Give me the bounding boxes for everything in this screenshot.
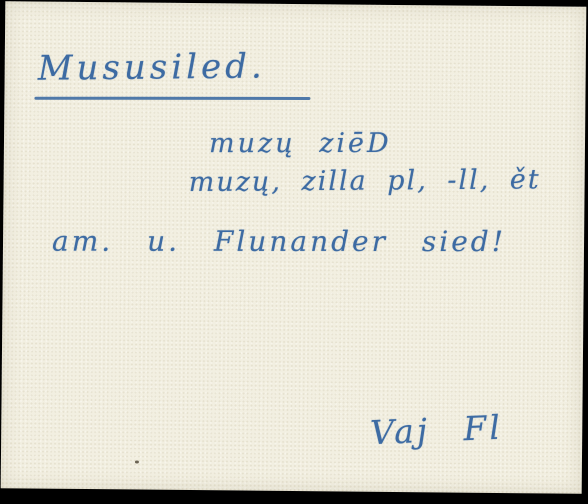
headword-text: Mususiled. <box>38 50 266 86</box>
phonetic-line-1: muzų ziēD <box>209 130 392 157</box>
phonetic-line-2: muzų, zilla pl, -ll, ět <box>189 166 541 196</box>
ink-speck <box>135 460 139 463</box>
headword-underline <box>34 97 310 100</box>
signature: Vaj Fl <box>370 411 504 450</box>
annotation-line: am. u. Flunander sied! <box>52 228 506 256</box>
index-card: Mususiled. muzų ziēD muzų, zilla pl, -ll… <box>1 1 587 494</box>
photo-frame: Mususiled. muzų ziēD muzų, zilla pl, -ll… <box>0 0 588 504</box>
